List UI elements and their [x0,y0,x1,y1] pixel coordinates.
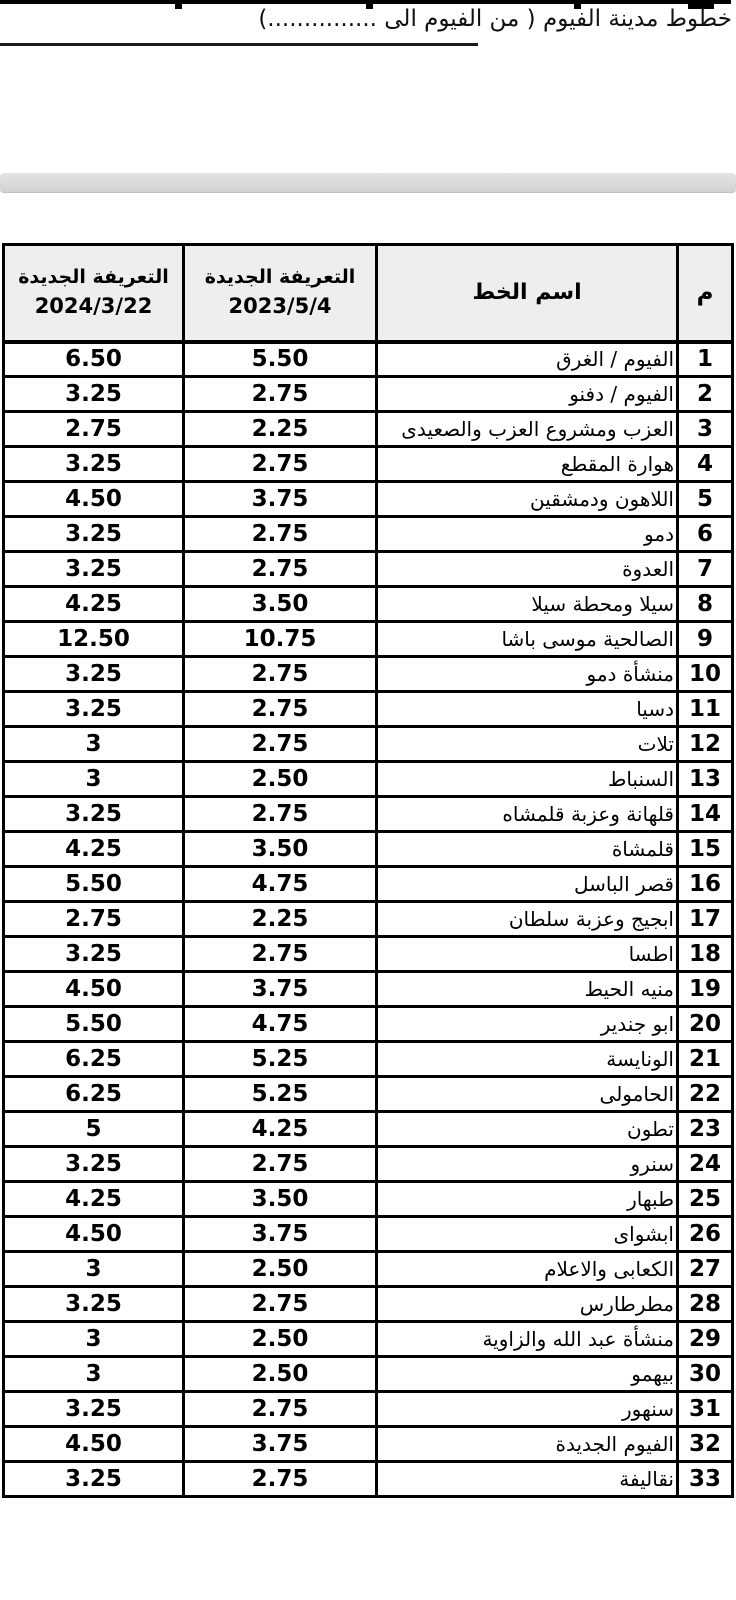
cell-tariff-2023: 10.75 [184,622,377,657]
cell-tariff-2023: 2.50 [184,1357,377,1392]
table-row: 6دمو2.753.25 [4,517,733,552]
cell-index: 19 [678,972,733,1007]
cell-tariff-2023: 3.75 [184,1217,377,1252]
table-row: 19منيه الحيط3.754.50 [4,972,733,1007]
cell-tariff-2024: 5.50 [4,867,184,902]
cell-tariff-2023: 2.75 [184,1147,377,1182]
cell-index: 20 [678,1007,733,1042]
cell-line-name: الفيوم الجديدة [377,1427,678,1462]
cell-tariff-2023: 4.75 [184,867,377,902]
cell-line-name: العزب ومشروع العزب والصعيدى [377,412,678,447]
cell-tariff-2023: 2.75 [184,797,377,832]
cell-tariff-2024: 3.25 [4,517,184,552]
cell-line-name: سنرو [377,1147,678,1182]
table-row: 15قلمشاة3.504.25 [4,832,733,867]
page-separator-bar [0,173,736,193]
cell-index: 16 [678,867,733,902]
cell-line-name: دسيا [377,692,678,727]
cell-index: 24 [678,1147,733,1182]
cell-tariff-2023: 2.75 [184,517,377,552]
cell-line-name: هوارة المقطع [377,447,678,482]
cell-line-name: اطسا [377,937,678,972]
header-row: م اسم الخط التعريفة الجديدة 2023/5/4 الت… [4,245,733,342]
cell-tariff-2024: 3.25 [4,1392,184,1427]
cell-index: 11 [678,692,733,727]
cell-tariff-2024: 4.50 [4,482,184,517]
table-row: 10منشأة دمو2.753.25 [4,657,733,692]
cell-tariff-2023: 2.75 [184,1462,377,1497]
cell-tariff-2024: 3 [4,727,184,762]
cell-tariff-2024: 6.50 [4,342,184,377]
cell-line-name: اللاهون ودمشقين [377,482,678,517]
table-row: 32الفيوم الجديدة3.754.50 [4,1427,733,1462]
cell-tariff-2023: 2.75 [184,447,377,482]
cell-index: 14 [678,797,733,832]
cell-index: 22 [678,1077,733,1112]
cell-index: 29 [678,1322,733,1357]
cell-tariff-2024: 3.25 [4,692,184,727]
cell-index: 10 [678,657,733,692]
cell-index: 30 [678,1357,733,1392]
table-row: 22الحامولى5.256.25 [4,1077,733,1112]
table-row: 17ابجيج وعزبة سلطان2.252.75 [4,902,733,937]
cell-line-name: بيهمو [377,1357,678,1392]
cell-index: 6 [678,517,733,552]
table-row: 28مطرطارس2.753.25 [4,1287,733,1322]
header-tariff-2023: التعريفة الجديدة 2023/5/4 [184,245,377,342]
cell-line-name: منشأة عبد الله والزاوية [377,1322,678,1357]
cell-line-name: منيه الحيط [377,972,678,1007]
cell-index: 28 [678,1287,733,1322]
cell-tariff-2024: 3.25 [4,552,184,587]
table-row: 31سنهور2.753.25 [4,1392,733,1427]
cell-tariff-2024: 3.25 [4,447,184,482]
table-row: 5اللاهون ودمشقين3.754.50 [4,482,733,517]
cell-tariff-2023: 5.25 [184,1077,377,1112]
table-row: 13السنباط2.503 [4,762,733,797]
cell-index: 2 [678,377,733,412]
cell-index: 7 [678,552,733,587]
table-row: 3العزب ومشروع العزب والصعيدى2.252.75 [4,412,733,447]
title-underline [0,43,478,46]
cell-tariff-2024: 3.25 [4,377,184,412]
table-row: 33نقاليفة2.753.25 [4,1462,733,1497]
table-row: 30بيهمو2.503 [4,1357,733,1392]
cell-line-name: تطون [377,1112,678,1147]
table-row: 9الصالحية موسى باشا10.7512.50 [4,622,733,657]
cell-line-name: السنباط [377,762,678,797]
cell-index: 21 [678,1042,733,1077]
cell-tariff-2023: 4.75 [184,1007,377,1042]
header-index: م [678,245,733,342]
cell-line-name: ابجيج وعزبة سلطان [377,902,678,937]
cell-tariff-2024: 4.50 [4,1427,184,1462]
table-row: 24سنرو2.753.25 [4,1147,733,1182]
cell-line-name: منشأة دمو [377,657,678,692]
cell-index: 5 [678,482,733,517]
cell-index: 4 [678,447,733,482]
cell-index: 32 [678,1427,733,1462]
cell-tariff-2023: 3.50 [184,587,377,622]
table-row: 8سيلا ومحطة سيلا3.504.25 [4,587,733,622]
previous-table-bottom-border [0,0,731,4]
cell-tariff-2023: 2.75 [184,657,377,692]
cell-tariff-2023: 2.75 [184,1392,377,1427]
cell-line-name: الحامولى [377,1077,678,1112]
header-tariff-2024: التعريفة الجديدة 2024/3/22 [4,245,184,342]
cell-tariff-2023: 3.50 [184,832,377,867]
cell-tariff-2023: 2.25 [184,902,377,937]
cell-line-name: قلمشاة [377,832,678,867]
cell-tariff-2023: 2.75 [184,727,377,762]
cell-tariff-2024: 4.25 [4,1182,184,1217]
cell-line-name: ابشواى [377,1217,678,1252]
cell-index: 33 [678,1462,733,1497]
tariff-table: م اسم الخط التعريفة الجديدة 2023/5/4 الت… [2,243,734,1498]
cell-tariff-2024: 3.25 [4,1147,184,1182]
table-row: 25طبهار3.504.25 [4,1182,733,1217]
cell-index: 17 [678,902,733,937]
table-row: 11دسيا2.753.25 [4,692,733,727]
cell-tariff-2023: 2.75 [184,1287,377,1322]
cell-tariff-2023: 2.50 [184,1252,377,1287]
cell-line-name: طبهار [377,1182,678,1217]
cell-tariff-2024: 3 [4,762,184,797]
table-row: 27الكعابى والاعلام2.503 [4,1252,733,1287]
table-row: 29منشأة عبد الله والزاوية2.503 [4,1322,733,1357]
cell-tariff-2023: 5.50 [184,342,377,377]
cell-tariff-2024: 3.25 [4,1462,184,1497]
header-tariff-2023-label: التعريفة الجديدة [185,263,375,292]
cell-tariff-2023: 3.75 [184,482,377,517]
cell-index: 13 [678,762,733,797]
cell-tariff-2023: 2.75 [184,937,377,972]
table-row: 1الفيوم / الغرق5.506.50 [4,342,733,377]
cell-tariff-2023: 2.50 [184,1322,377,1357]
table-row: 2الفيوم / دفنو2.753.25 [4,377,733,412]
cell-line-name: العدوة [377,552,678,587]
cell-tariff-2024: 6.25 [4,1077,184,1112]
table-row: 18اطسا2.753.25 [4,937,733,972]
cell-line-name: ابو جندير [377,1007,678,1042]
cell-line-name: الصالحية موسى باشا [377,622,678,657]
cell-line-name: نقاليفة [377,1462,678,1497]
cell-index: 26 [678,1217,733,1252]
cell-line-name: الكعابى والاعلام [377,1252,678,1287]
page-title: خطوط مدينة الفيوم ( من الفيوم الى ......… [4,6,732,32]
cell-line-name: الفيوم / دفنو [377,377,678,412]
cell-tariff-2023: 3.75 [184,1427,377,1462]
cell-tariff-2023: 2.75 [184,552,377,587]
cell-tariff-2024: 3.25 [4,1287,184,1322]
header-tariff-2024-label: التعريفة الجديدة [5,263,182,292]
cell-tariff-2023: 2.50 [184,762,377,797]
cell-index: 23 [678,1112,733,1147]
cell-line-name: سيلا ومحطة سيلا [377,587,678,622]
cell-index: 27 [678,1252,733,1287]
cell-index: 1 [678,342,733,377]
cell-tariff-2023: 2.25 [184,412,377,447]
cell-tariff-2024: 4.50 [4,972,184,1007]
cell-tariff-2024: 4.25 [4,832,184,867]
table-row: 4هوارة المقطع2.753.25 [4,447,733,482]
header-tariff-2024-date: 2024/3/22 [5,291,182,323]
cell-tariff-2024: 5.50 [4,1007,184,1042]
table-row: 26ابشواى3.754.50 [4,1217,733,1252]
cell-tariff-2024: 2.75 [4,412,184,447]
header-line-name: اسم الخط [377,245,678,342]
cell-line-name: مطرطارس [377,1287,678,1322]
cell-tariff-2023: 2.75 [184,692,377,727]
cell-tariff-2024: 3 [4,1252,184,1287]
table-row: 7العدوة2.753.25 [4,552,733,587]
cell-index: 3 [678,412,733,447]
cell-index: 9 [678,622,733,657]
cell-tariff-2024: 2.75 [4,902,184,937]
cell-index: 15 [678,832,733,867]
cell-tariff-2024: 4.25 [4,587,184,622]
cell-tariff-2023: 4.25 [184,1112,377,1147]
cell-tariff-2023: 5.25 [184,1042,377,1077]
cell-line-name: سنهور [377,1392,678,1427]
cell-tariff-2023: 2.75 [184,377,377,412]
table-body: 1الفيوم / الغرق5.506.502الفيوم / دفنو2.7… [4,342,733,1497]
table-row: 23تطون4.255 [4,1112,733,1147]
cell-line-name: تلات [377,727,678,762]
cell-index: 25 [678,1182,733,1217]
table-row: 20ابو جندير4.755.50 [4,1007,733,1042]
cell-tariff-2024: 3.25 [4,797,184,832]
cell-tariff-2024: 3 [4,1357,184,1392]
table-row: 16قصر الباسل4.755.50 [4,867,733,902]
cell-tariff-2024: 3 [4,1322,184,1357]
cell-line-name: قصر الباسل [377,867,678,902]
cell-line-name: قلهانة وعزبة قلمشاه [377,797,678,832]
cell-index: 8 [678,587,733,622]
cell-index: 18 [678,937,733,972]
cell-tariff-2023: 3.75 [184,972,377,1007]
tariff-table-header: م اسم الخط التعريفة الجديدة 2023/5/4 الت… [4,245,733,342]
cell-tariff-2023: 3.50 [184,1182,377,1217]
table-row: 21الونايسة5.256.25 [4,1042,733,1077]
cell-tariff-2024: 6.25 [4,1042,184,1077]
cell-line-name: الفيوم / الغرق [377,342,678,377]
cell-index: 31 [678,1392,733,1427]
cell-index: 12 [678,727,733,762]
table-row: 14قلهانة وعزبة قلمشاه2.753.25 [4,797,733,832]
cell-tariff-2024: 3.25 [4,657,184,692]
cell-line-name: الونايسة [377,1042,678,1077]
cell-tariff-2024: 5 [4,1112,184,1147]
cell-tariff-2024: 12.50 [4,622,184,657]
cell-line-name: دمو [377,517,678,552]
table-row: 12تلات2.753 [4,727,733,762]
cell-tariff-2024: 3.25 [4,937,184,972]
header-tariff-2023-date: 2023/5/4 [185,291,375,323]
cell-tariff-2024: 4.50 [4,1217,184,1252]
